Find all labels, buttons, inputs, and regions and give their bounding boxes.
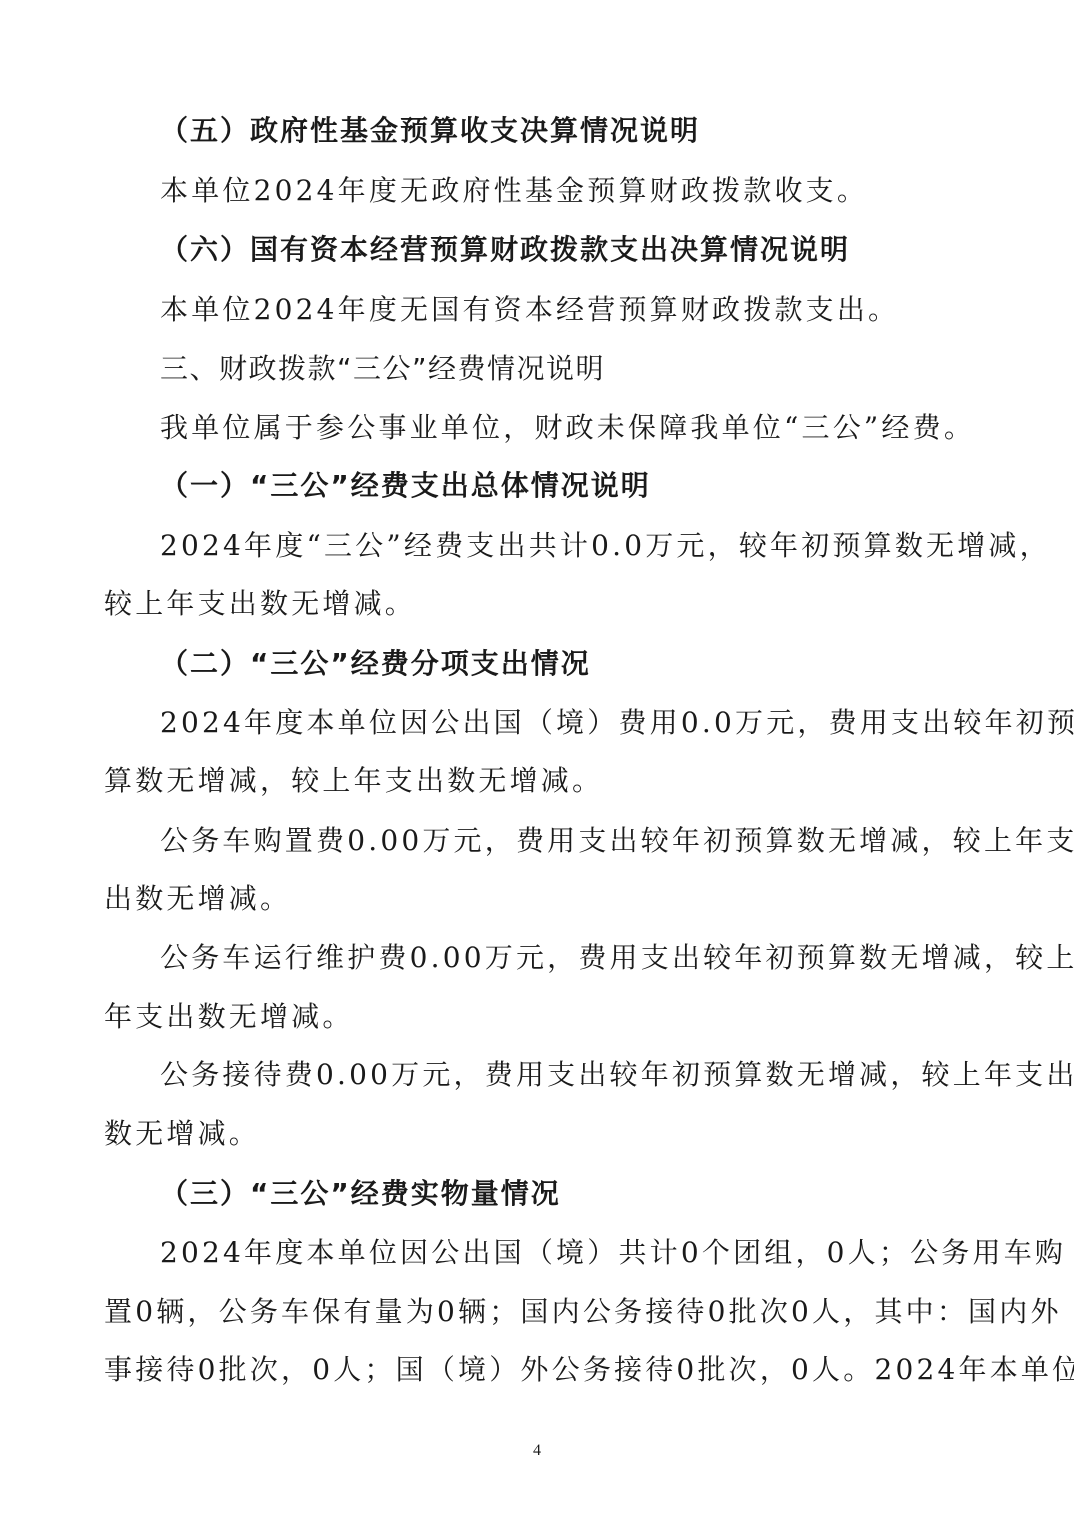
paragraph-abroad-line2: 算数无增减，较上年支出数无增减。 bbox=[104, 763, 603, 799]
paragraph-vehicle-purchase-line1: 公务车购置费0.00万元，费用支出较年初预算数无增减，较上年支 bbox=[160, 823, 1074, 859]
paragraph-reception-line1: 公务接待费0.00万元，费用支出较年初预算数无增减，较上年支出 bbox=[160, 1057, 1074, 1093]
paragraph-vehicle-operation-line2: 年支出数无增减。 bbox=[104, 999, 354, 1035]
paragraph-overall-line1: 2024年度“三公”经费支出共计0.0万元，较年初预算数无增减， bbox=[160, 528, 1051, 564]
heading-overall: （一）“三公”经费支出总体情况说明 bbox=[160, 468, 651, 504]
heading-itemized: （二）“三公”经费分项支出情况 bbox=[160, 646, 591, 682]
paragraph-physical-line1: 2024年度本单位因公出国（境）共计0个团组，0人；公务用车购 bbox=[160, 1235, 1066, 1271]
paragraph-gov-fund: 本单位2024年度无政府性基金预算财政拨款收支。 bbox=[160, 173, 868, 209]
paragraph-vehicle-operation-line1: 公务车运行维护费0.00万元，费用支出较年初预算数无增减，较上 bbox=[160, 940, 1074, 976]
paragraph-overall-line2: 较上年支出数无增减。 bbox=[104, 586, 416, 622]
document-page: （五）政府性基金预算收支决算情况说明 本单位2024年度无政府性基金预算财政拨款… bbox=[0, 0, 1074, 1520]
paragraph-physical-line2: 置0辆，公务车保有量为0辆；国内公务接待0批次0人，其中：国内外 bbox=[104, 1294, 1062, 1330]
section-heading-three-public: 三、财政拨款“三公”经费情况说明 bbox=[160, 351, 605, 387]
paragraph-reception-line2: 数无增减。 bbox=[104, 1116, 260, 1152]
paragraph-state-capital: 本单位2024年度无国有资本经营预算财政拨款支出。 bbox=[160, 292, 899, 328]
heading-physical-quantity: （三）“三公”经费实物量情况 bbox=[160, 1176, 561, 1212]
paragraph-three-public-intro: 我单位属于参公事业单位，财政未保障我单位“三公”经费。 bbox=[160, 410, 975, 446]
heading-state-capital: （六）国有资本经营预算财政拨款支出决算情况说明 bbox=[160, 232, 850, 268]
paragraph-physical-line3: 事接待0批次，0人；国（境）外公务接待0批次，0人。2024年本单位 bbox=[104, 1352, 1074, 1388]
page-number: 4 bbox=[0, 1442, 1074, 1460]
heading-gov-fund: （五）政府性基金预算收支决算情况说明 bbox=[160, 113, 700, 149]
paragraph-vehicle-purchase-line2: 出数无增减。 bbox=[104, 881, 291, 917]
paragraph-abroad-line1: 2024年度本单位因公出国（境）费用0.0万元，费用支出较年初预 bbox=[160, 705, 1074, 741]
